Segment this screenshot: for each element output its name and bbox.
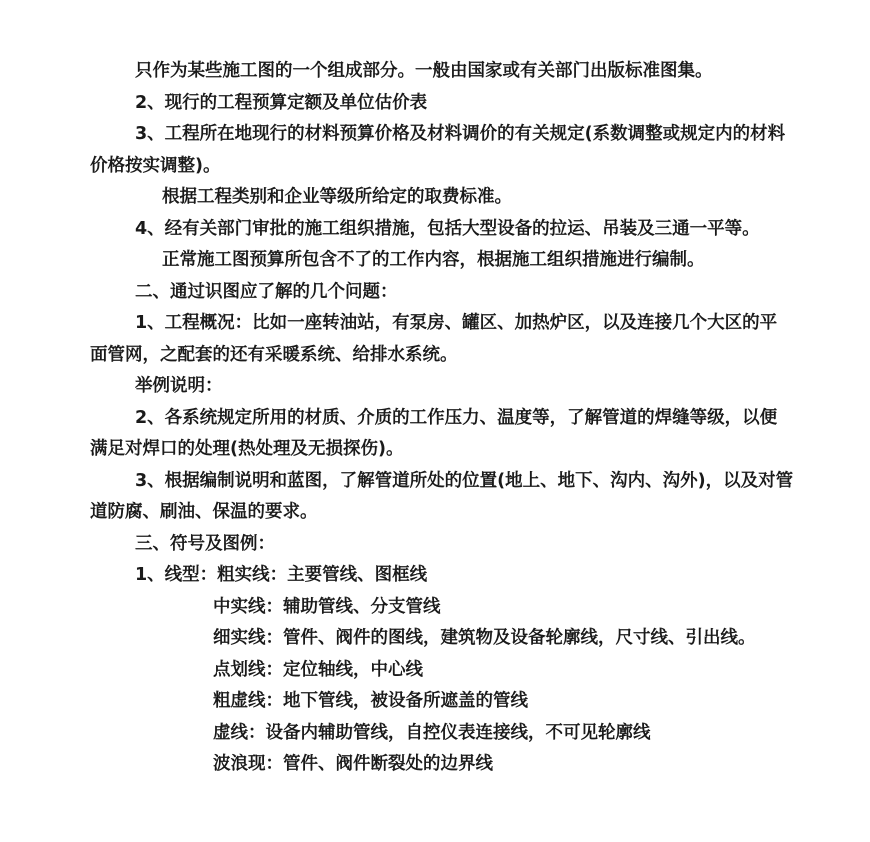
text-line-15: 道防腐、刷油、保温的要求。: [90, 497, 790, 529]
document-text-body: 只作为某些施工图的一个组成部分。一般由国家或有关部门出版标准图集。2、现行的工程…: [0, 56, 870, 781]
text-line-23: 波浪现：管件、阀件断裂处的边界线: [90, 749, 790, 781]
text-line-18: 中实线：辅助管线、分支管线: [90, 592, 790, 624]
text-line-20: 点划线：定位轴线，中心线: [90, 655, 790, 687]
text-line-22: 虚线：设备内辅助管线，自控仪表连接线，不可见轮廓线: [90, 718, 790, 750]
text-line-7: 正常施工图预算所包含不了的工作内容，根据施工组织措施进行编制。: [90, 245, 790, 277]
text-line-12: 2、各系统规定所用的材质、介质的工作压力、温度等，了解管道的焊缝等级，以便: [90, 403, 790, 435]
text-line-13: 满足对焊口的处理(热处理及无损探伤)。: [90, 434, 790, 466]
text-line-9: 1、工程概况：比如一座转油站，有泵房、罐区、加热炉区，以及连接几个大区的平: [90, 308, 790, 340]
text-line-6: 4、经有关部门审批的施工组织措施，包括大型设备的拉运、吊装及三通一平等。: [90, 214, 790, 246]
text-line-1: 只作为某些施工图的一个组成部分。一般由国家或有关部门出版标准图集。: [90, 56, 790, 88]
text-line-16: 三、符号及图例：: [90, 529, 790, 561]
document-page: 只作为某些施工图的一个组成部分。一般由国家或有关部门出版标准图集。2、现行的工程…: [0, 0, 870, 842]
text-line-19: 细实线：管件、阀件的图线，建筑物及设备轮廓线，尺寸线、引出线。: [90, 623, 790, 655]
text-line-5: 根据工程类别和企业等级所给定的取费标准。: [90, 182, 790, 214]
text-line-17: 1、线型：粗实线：主要管线、图框线: [90, 560, 790, 592]
text-line-21: 粗虚线：地下管线，被设备所遮盖的管线: [90, 686, 790, 718]
text-line-2: 2、现行的工程预算定额及单位估价表: [90, 88, 790, 120]
text-line-3: 3、工程所在地现行的材料预算价格及材料调价的有关规定(系数调整或规定内的材料: [90, 119, 790, 151]
text-line-4: 价格按实调整)。: [90, 151, 790, 183]
text-line-10: 面管网，之配套的还有采暖系统、给排水系统。: [90, 340, 790, 372]
text-line-14: 3、根据编制说明和蓝图，了解管道所处的位置(地上、地下、沟内、沟外)，以及对管: [90, 466, 790, 498]
text-line-8: 二、通过识图应了解的几个问题：: [90, 277, 790, 309]
text-line-11: 举例说明：: [90, 371, 790, 403]
